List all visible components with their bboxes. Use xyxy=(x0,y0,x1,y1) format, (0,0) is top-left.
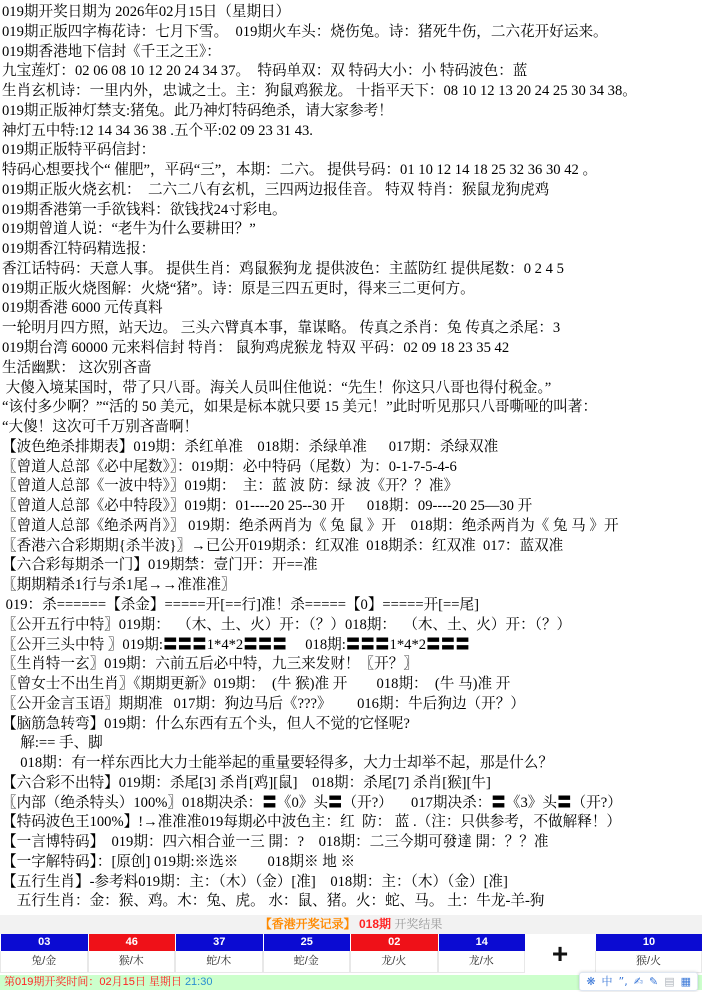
ball-zodiac-element-label: 蛇/金 xyxy=(263,951,351,973)
doc-line: 〖曾女士不出生肖〗《期期更新》019期： (牛 猴)准 开 018期： (牛 马… xyxy=(2,675,702,695)
draw-issue-number: 018期 xyxy=(359,917,391,931)
ime-toolbar[interactable]: ❋中”,✍✎▤▦ xyxy=(579,972,698,991)
doc-line: 〖曾道人总部《绝杀两肖》〗 019期：绝杀两肖为《 兔 鼠 》开 018期：绝杀… xyxy=(2,517,702,537)
result-ball: 25蛇/金 xyxy=(263,934,351,973)
ball-number: 02 xyxy=(350,934,438,951)
ball-number: 37 xyxy=(175,934,263,951)
doc-line: 生活幽默： 这次别吝啬 xyxy=(2,359,702,379)
doc-line: 〖公开三头中特 〗019期:〓〓〓1*4*2〓〓〓 018期:〓〓〓1*4*2〓… xyxy=(2,636,702,656)
doc-line: 019期台湾 60000 元来料信封 特肖： 鼠狗鸡虎猴龙 特双 平码：02 0… xyxy=(2,339,702,359)
draw-record-title: 【香港开奖记录】 xyxy=(260,917,356,931)
draw-balls-row: 03兔/金46猴/木37蛇/木25蛇/金02龙/火14龙/水+10猴/火 xyxy=(0,934,702,973)
doc-line: 神灯五中特:12 14 34 36 38 .五个平:02 09 23 31 43… xyxy=(2,122,702,142)
draw-result-label: 开奖结果 xyxy=(394,917,442,931)
doc-line: 【脑筋急转弯】019期：什么东西有五个头，但人不觉的它怪呢? xyxy=(2,715,702,735)
doc-line: 018期：有一样东西比大力士能举起的重量要轻得多，大力士却举不起，那是什么？ xyxy=(2,754,702,774)
keyboard-icon[interactable]: ▦ xyxy=(681,973,691,990)
ball-number: 14 xyxy=(438,934,526,951)
ball-number: 25 xyxy=(263,934,351,951)
punctuation-icon[interactable]: ”, xyxy=(619,973,628,990)
doc-line: 019期正版神灯禁支:猪兔。此乃神灯特码绝杀，请大家参考！ xyxy=(2,102,702,122)
draw-results-header: 【香港开奖记录】 018期 开奖结果 xyxy=(0,915,702,934)
doc-line: 特码心想要找个“ 催肥”，平码“三”，本期：二六。 提供号码：01 10 12 … xyxy=(2,161,702,181)
ball-number: 10 xyxy=(595,934,702,951)
doc-line: 〖曾道人总部《必中尾数》〗：019期：必中特码（尾数）为：0-1-7-5-4-6 xyxy=(2,458,702,478)
ball-number: 03 xyxy=(0,934,88,951)
ball-zodiac-element-label: 龙/火 xyxy=(350,951,438,973)
doc-line: 【六合彩每期杀一门】019期禁：壹门开：开==准 xyxy=(2,556,702,576)
doc-line: 生肖玄机诗：一里内外，忠诚之士。主：狗鼠鸡猴龙。 十指平天下：08 10 12 … xyxy=(2,82,702,102)
plus-separator: + xyxy=(525,934,595,973)
result-ball: 37蛇/木 xyxy=(175,934,263,973)
doc-line: 【一言博特码】 019期：四六相合並一三 開：? 018期：二三今期可發達 開：… xyxy=(2,833,702,853)
plus-icon: + xyxy=(552,934,568,973)
doc-line: 【五行生肖】-参考料019期：主：（木）（金）[准] 018期：主：（木）（金）… xyxy=(2,873,702,893)
doc-line: 019：杀======【杀金】=====开[==行]准！杀=====【0】===… xyxy=(2,596,702,616)
doc-line: 〖内部（绝杀特头）100%〗018期决杀：〓《0》头〓（开?） 017期决杀：〓… xyxy=(2,794,702,814)
ball-zodiac-element-label: 猴/火 xyxy=(595,951,702,973)
ball-zodiac-element-label: 蛇/木 xyxy=(175,951,263,973)
doc-line: 九宝莲灯：02 06 08 10 12 20 24 34 37。 特码单双：双 … xyxy=(2,62,702,82)
result-ball: 46猴/木 xyxy=(88,934,176,973)
doc-line: 019期香港 6000 元传真料 xyxy=(2,299,702,319)
ball-zodiac-element-label: 龙/水 xyxy=(438,951,526,973)
doc-line: 019期香港第一手欲钱料：欲钱找24寸彩电。 xyxy=(2,201,702,221)
clipboard-icon[interactable]: ▤ xyxy=(664,973,674,990)
doc-line: 019期曾道人说：“老牛为什么要耕田？” xyxy=(2,220,702,240)
doc-line: 019期开奖日期为 2026年02月15日（星期日） xyxy=(2,3,702,23)
doc-line: 解:== 手、脚 xyxy=(2,734,702,754)
doc-line: 【波色绝杀排期表】019期：杀红单准 018期：杀绿单准 017期：杀绿双准 xyxy=(2,438,702,458)
doc-line: 【六合彩不出特】019期：杀尾[3] 杀肖[鸡][鼠] 018期：杀尾[7] 杀… xyxy=(2,774,702,794)
doc-line: 〖公开五行中特〗019期： （木、土、火）开：（？）018期： （木、土、火）开… xyxy=(2,616,702,636)
doc-line: 019期正版四字梅花诗：七月下雪。 019期火车头：烧伤兔。诗：猪死牛伤，二六花… xyxy=(2,23,702,43)
doc-line: 〖公开金言玉语〗期期准 017期：狗边马后《???》 016期：牛后狗边（开？） xyxy=(2,695,702,715)
next-draw-text: 第019期开奖时间：02月15日 星期日 xyxy=(4,976,185,988)
doc-line: 〖香港六合彩期期{杀半波}〗→已公开019期杀：红双准 018期杀：红双准 01… xyxy=(2,537,702,557)
doc-line: “大傻！这次可千万别吝啬啊！ xyxy=(2,418,702,438)
doc-line: 五行生肖：金：猴、鸡。木：兔、虎。 水：鼠、猪。火：蛇、马。 土：牛龙-羊-狗 xyxy=(2,892,702,912)
doc-line: 019期正版特平码信封： xyxy=(2,141,702,161)
pen-icon[interactable]: ✎ xyxy=(649,973,658,990)
doc-line: 大傻入境某国时，带了只八哥。海关人员叫住他说：“先生！你这只八哥也得付税金。” xyxy=(2,379,702,399)
doc-line: 【一字解特码】：[原创] 019期:※选※ 018期※ 地 ※ xyxy=(2,853,702,873)
sogou-logo-icon[interactable]: ❋ xyxy=(586,973,595,990)
lottery-tips-document: 019期开奖日期为 2026年02月15日（星期日）019期正版四字梅花诗：七月… xyxy=(2,3,702,912)
next-draw-time: 21:30 xyxy=(185,976,213,988)
ball-zodiac-element-label: 猴/木 xyxy=(88,951,176,973)
doc-line: 〖曾道人总部《一波中特》〗019期： 主：蓝 波 防：绿 波《开？？准》 xyxy=(2,477,702,497)
doc-line: “该付多少啊？”“活的 50 美元，如果是标本就只要 15 美元！”此时听见那只… xyxy=(2,398,702,418)
result-ball: 02龙/火 xyxy=(350,934,438,973)
doc-line: 019期正版火烧玄机： 二六二八有玄机，三四两边报佳音。 特双 特肖：猴鼠龙狗虎… xyxy=(2,181,702,201)
doc-line: 一轮明月四方照，站天边。 三头六臂真本事，靠谋略。 传真之杀肖：兔 传真之杀尾：… xyxy=(2,319,702,339)
doc-line: 019期香港地下信封《千王之王》： xyxy=(2,43,702,63)
result-ball: 14龙/水 xyxy=(438,934,526,973)
doc-line: 〖生肖特一玄〗019期：六前五后必中特，九三来发财！〖开？〗 xyxy=(2,655,702,675)
chinese-mode-icon[interactable]: 中 xyxy=(602,973,613,990)
ball-zodiac-element-label: 兔/金 xyxy=(0,951,88,973)
doc-line: 019期香江特码精选报： xyxy=(2,240,702,260)
result-ball: 03兔/金 xyxy=(0,934,88,973)
doc-line: 〖曾道人总部《必中特段》〗019期：01----20 25--30 开 018期… xyxy=(2,497,702,517)
doc-line: 〖期期精杀1行与杀1尾→→准准准〗 xyxy=(2,576,702,596)
result-ball: 10猴/火 xyxy=(595,934,702,973)
handwriting-icon[interactable]: ✍ xyxy=(634,973,643,990)
ball-number: 46 xyxy=(88,934,176,951)
doc-line: 香江话特码：天意人事。 提供生肖：鸡鼠猴狗龙 提供波色：主蓝防红 提供尾数：0 … xyxy=(2,260,702,280)
doc-line: 【特码波色王100%】!→准准准019每期必中波色主：红 防： 蓝 .（注：只供… xyxy=(2,813,702,833)
doc-line: 019期正版火烧图解：火烧“猪”。诗：原是三四五更时，得来三二更何方。 xyxy=(2,280,702,300)
